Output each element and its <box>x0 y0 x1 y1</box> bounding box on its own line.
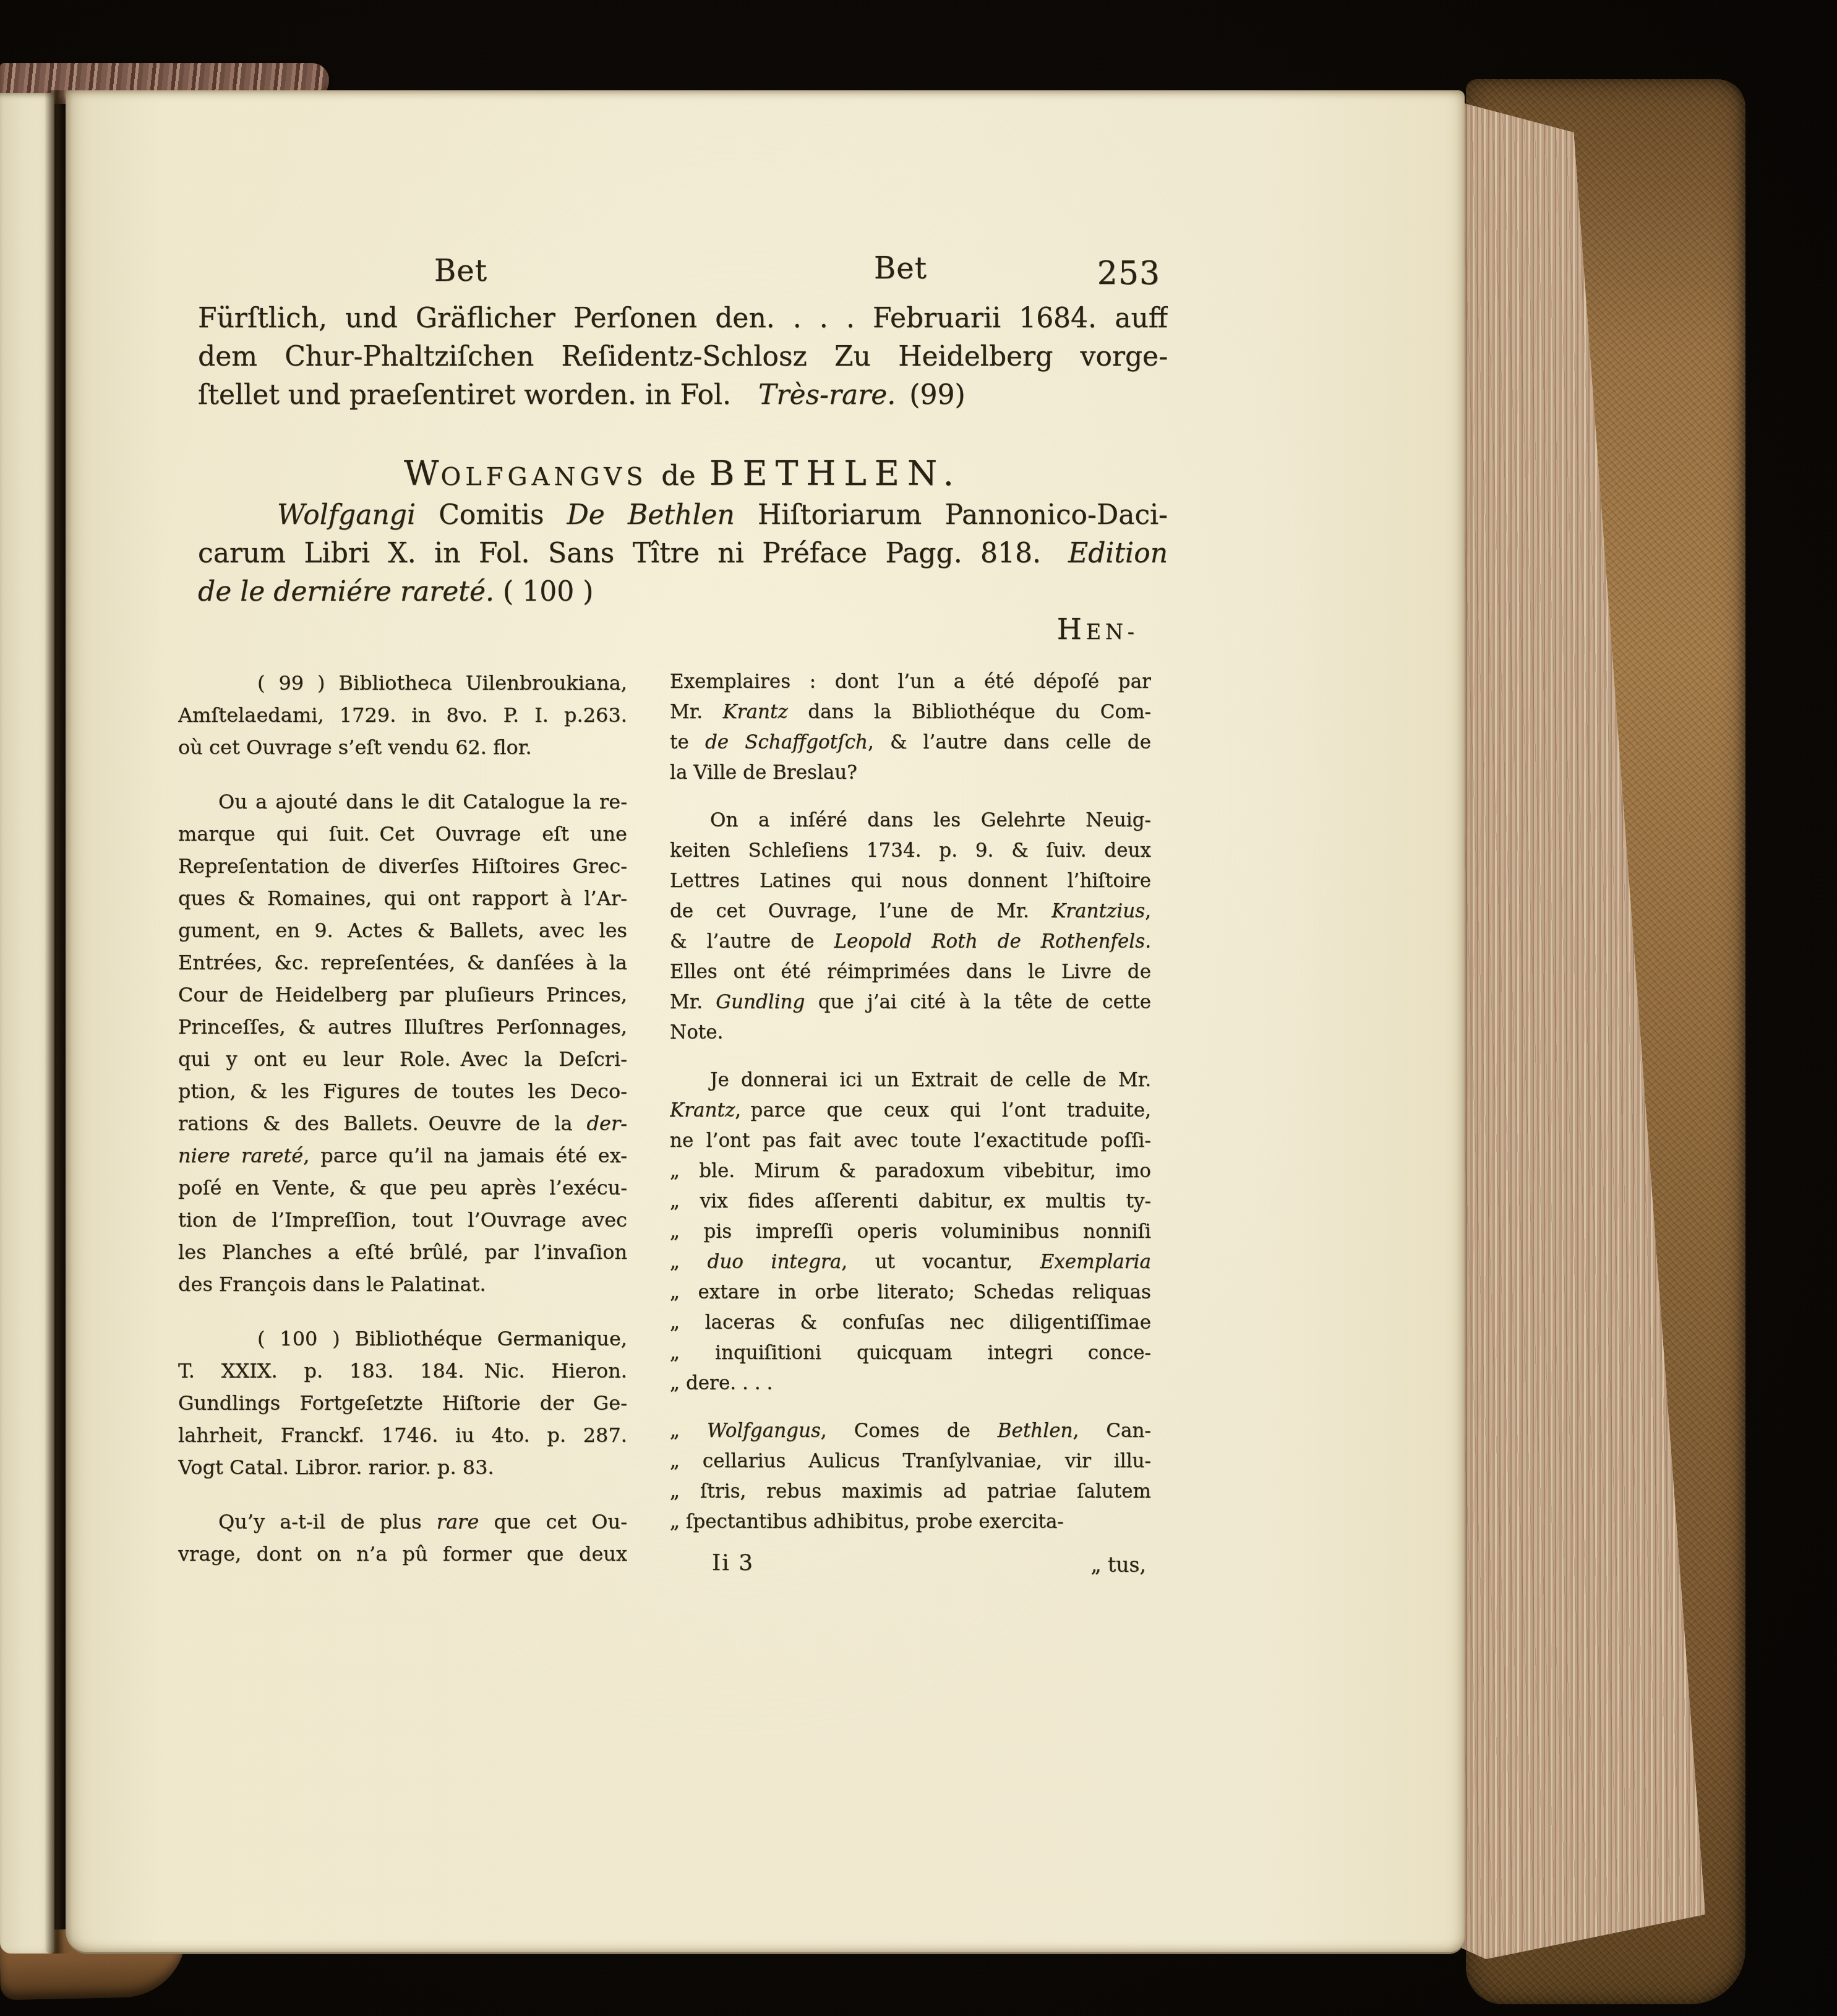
text-line: vrage, dont on n’a pû former que deux <box>178 1538 627 1570</box>
text-segment: der- <box>586 1112 627 1135</box>
text-segment: „ ble. Mirum & paradoxum vibebitur, imo <box>670 1160 1151 1182</box>
text-line: Vogt Catal. Libror. rarior. p. 83. <box>178 1451 627 1483</box>
text-segment: de Schaffgotſch <box>705 731 868 753</box>
text-line: marque qui ſuit. Cet Ouvrage eſt une <box>178 818 627 850</box>
text-segment: Bethlen <box>998 1420 1073 1442</box>
text-segment: „ inquiſitioni quicquam integri conce- <box>670 1342 1151 1364</box>
text-line: qui y ont eu leur Role. Avec la Deſcri- <box>178 1043 627 1075</box>
text-line: Krantz, parce que ceux qui l’ont traduit… <box>670 1096 1151 1126</box>
text-segment: „ ſtris, rebus maximis ad patriae ſalute… <box>670 1480 1151 1503</box>
text-line: niere rareté, parce qu’il na jamais été … <box>178 1139 627 1172</box>
text-segment: Hiſtoriarum Pannonico-Daci- <box>735 499 1168 531</box>
text-segment: ſtellet und praeſentiret worden. in Fol. <box>198 379 758 411</box>
book-page: Bet Bet 253 Fürſtlich, und Gräflicher Pe… <box>66 90 1465 1954</box>
text-line: Lettres Latines qui nous donnent l’hiſto… <box>670 866 1151 896</box>
text-segment: H <box>1057 612 1086 646</box>
text-line: „ extare in orbe literato; Schedas reliq… <box>670 1277 1151 1308</box>
text-line: ( 99 ) Bibliotheca Uilenbroukiana, <box>178 667 627 699</box>
footnote-paragraph: „ Wolfgangus, Comes de Bethlen, Can-„ ce… <box>670 1416 1151 1537</box>
text-segment: OLFGANGVS <box>440 463 647 491</box>
running-title-right: Bet <box>857 250 944 287</box>
text-line: „ dere. . . . <box>670 1368 1151 1399</box>
text-segment: poſé en Vente, & que peu après l’exécu- <box>178 1176 627 1199</box>
text-line: lahrheit, Franckf. 1746. iu 4to. p. 287. <box>178 1419 627 1451</box>
book-photo: Bet Bet 253 Fürſtlich, und Gräflicher Pe… <box>0 0 1837 2016</box>
text-line: Princeſſes, & autres Illuſtres Perſonnag… <box>178 1011 627 1043</box>
text-segment: „ ſpectantibus adhibitus, probe exercita… <box>670 1511 1064 1533</box>
text-line: de cet Ouvrage, l’une de Mr. Krantzius, <box>670 896 1151 927</box>
text-line: poſé en Vente, & que peu après l’exécu- <box>178 1172 627 1204</box>
text-segment: marque qui ſuit. Cet Ouvrage eſt une <box>178 822 627 846</box>
text-segment: Très-rare. <box>758 379 896 411</box>
text-line: Entrées, &c. repreſentées, & danſées à l… <box>178 946 627 979</box>
text-segment: De Bethlen <box>567 499 735 531</box>
text-segment: Qu’y a-t-il de plus <box>218 1510 437 1533</box>
text-segment: Krantz <box>723 701 788 723</box>
text-line: Fürſtlich, und Gräflicher Perſonen den. … <box>198 299 1168 338</box>
text-segment: la Ville de Breslau? <box>670 761 857 784</box>
text-line: keiten Schleſiens 1734. p. 9. & ſuiv. de… <box>670 836 1151 866</box>
text-segment: Edition <box>1068 538 1168 569</box>
text-line: de le derniére rareté. ( 100 ) <box>198 573 1168 611</box>
text-segment: Wolfgangus <box>707 1420 821 1442</box>
text-segment: duo integra <box>708 1251 842 1273</box>
text-segment: Cour de Heidelberg par pluſieurs Princes… <box>178 983 627 1006</box>
text-segment: , parce qu’il na jamais été ex- <box>303 1144 627 1167</box>
text-segment: Vogt Catal. Libror. rarior. p. 83. <box>178 1456 494 1479</box>
signature-mark: Ii 3 <box>712 1550 848 1576</box>
text-line: ne l’ont pas fait avec toute l’exactitud… <box>670 1126 1151 1156</box>
text-segment: „ extare in orbe literato; Schedas reliq… <box>670 1281 1151 1303</box>
text-segment: des François dans le Palatinat. <box>178 1272 486 1296</box>
text-line: ption, & les Figures de toutes les Deco- <box>178 1075 627 1107</box>
text-line: On a inſéré dans les Gelehrte Neuig- <box>670 805 1151 836</box>
text-line: Repreſentation de diverſes Hiſtoires Gre… <box>178 850 627 882</box>
text-line: & l’autre de Leopold Roth de Rothenfels. <box>670 927 1151 957</box>
text-segment: Comitis <box>416 499 567 531</box>
text-segment: ques & Romaines, qui ont rapport à l’Ar- <box>178 886 627 910</box>
footnote-column-right: Exemplaires : dont l’un a été dépoſé par… <box>670 667 1151 1555</box>
text-segment: Exemplaires : dont l’un a été dépoſé par <box>670 671 1151 693</box>
text-segment: rations & des Ballets. Oeuvre de la <box>178 1112 586 1135</box>
page-number: 253 <box>1079 255 1178 292</box>
text-line: carum Libri X. in Fol. Sans Tître ni Pré… <box>198 534 1168 573</box>
text-line: ( 100 ) Bibliothéque Germanique, <box>178 1323 627 1355</box>
text-segment: & l’autre de <box>670 930 834 953</box>
text-segment: Krantzius <box>1051 900 1145 922</box>
text-line: rations & des Ballets. Oeuvre de la der- <box>178 1107 627 1139</box>
text-line: dem Chur-Phaltziſchen Reſidentz-Schlosz … <box>198 338 1168 376</box>
text-segment: te <box>670 731 705 753</box>
footnote-paragraph: Exemplaires : dont l’un a été dépoſé par… <box>670 667 1151 788</box>
text-segment: ne l’ont pas fait avec toute l’exactitud… <box>670 1130 1151 1152</box>
text-segment: Princeſſes, & autres Illuſtres Perſonnag… <box>178 1015 627 1039</box>
text-segment: carum Libri X. in Fol. Sans Tître ni Pré… <box>198 538 1068 569</box>
text-segment: „ vix fides aſſerenti dabitur, ex multis… <box>670 1190 1151 1212</box>
text-segment: vrage, dont on n’a pû former que deux <box>178 1542 627 1566</box>
footnote-paragraph: On a inſéré dans les Gelehrte Neuig-keit… <box>670 805 1151 1048</box>
text-segment: „ laceras & confuſas nec diligentiſſimae <box>670 1311 1151 1334</box>
text-line: Gundlings Fortgeſetzte Hiſtorie der Ge- <box>178 1387 627 1419</box>
text-segment: Mr. <box>670 701 723 723</box>
footnote-column-left: ( 99 ) Bibliotheca Uilenbroukiana,Amſtel… <box>178 667 627 1592</box>
text-line: „ Wolfgangus, Comes de Bethlen, Can- <box>670 1416 1151 1446</box>
text-line: des François dans le Palatinat. <box>178 1268 627 1300</box>
footnote-paragraph: Ou a ajouté dans le dit Catalogue la re-… <box>178 786 627 1300</box>
text-segment: qui y ont eu leur Role. Avec la Deſcri- <box>178 1047 627 1071</box>
text-line: la Ville de Breslau? <box>670 758 1151 788</box>
text-segment: rare <box>437 1510 479 1533</box>
footnote-paragraph: Qu’y a-t-il de plus rare que cet Ou-vrag… <box>178 1506 627 1570</box>
text-segment: où cet Ouvrage s’eſt vendu 62. flor. <box>178 736 532 759</box>
text-line: „ inquiſitioni quicquam integri conce- <box>670 1338 1151 1368</box>
catchword-mid: HEN- <box>953 613 1139 652</box>
footnote-paragraph: ( 99 ) Bibliotheca Uilenbroukiana,Amſtel… <box>178 667 627 763</box>
entry-paragraph: Wolfgangi Comitis De Bethlen Hiſtoriarum… <box>198 496 1168 611</box>
text-line: „ pis impreſſi operis voluminibus nonniſ… <box>670 1217 1151 1247</box>
text-segment: T. XXIX. p. 183. 184. Nic. Hieron. <box>178 1359 627 1383</box>
text-line: les Planches a eſté brûlé, par l’invaſio… <box>178 1236 627 1268</box>
footnote-paragraph: Je donnerai ici un Extrait de celle de M… <box>670 1065 1151 1399</box>
text-segment: ( 100 ) Bibliothéque Germanique, <box>257 1327 627 1350</box>
text-segment: „ cellarius Aulicus Tranſylvaniae, vir i… <box>670 1450 1151 1472</box>
text-line: te de Schaffgotſch, & l’autre dans celle… <box>670 727 1151 758</box>
text-segment: Gundling <box>716 991 805 1013</box>
text-line: „ cellarius Aulicus Tranſylvaniae, vir i… <box>670 1446 1151 1477</box>
text-line: Cour de Heidelberg par pluſieurs Princes… <box>178 979 627 1011</box>
text-segment: de le derniére rareté. <box>198 576 494 607</box>
text-segment: (99) <box>896 379 965 411</box>
text-segment: lahrheit, Franckf. 1746. iu 4to. p. 287. <box>178 1423 627 1447</box>
text-line: Je donnerai ici un Extrait de celle de M… <box>670 1065 1151 1096</box>
text-segment: dem Chur-Phaltziſchen Reſidentz-Schlosz … <box>198 341 1168 372</box>
text-line: T. XXIX. p. 183. 184. Nic. Hieron. <box>178 1355 627 1387</box>
running-title-left: Bet <box>417 252 504 290</box>
text-segment: , Can- <box>1073 1420 1151 1442</box>
text-line: tion de l’Impreſſion, tout l’Ouvrage ave… <box>178 1204 627 1236</box>
text-segment: gument, en 9. Actes & Ballets, avec les <box>178 919 627 942</box>
text-segment: Mr. <box>670 991 716 1013</box>
text-line: „ ble. Mirum & paradoxum vibebitur, imo <box>670 1156 1151 1186</box>
text-line: Mr. Krantz dans la Bibliothéque du Com- <box>670 697 1151 727</box>
catchword-bottom: „ tus, <box>959 1553 1146 1577</box>
text-segment: que j’ai cité à la tête de cette <box>805 991 1151 1013</box>
text-segment: ( 99 ) Bibliotheca Uilenbroukiana, <box>257 671 627 695</box>
text-line: Exemplaires : dont l’un a été dépoſé par <box>670 667 1151 697</box>
text-segment: de <box>648 459 709 492</box>
text-segment: Lettres Latines qui nous donnent l’hiſto… <box>670 870 1151 892</box>
text-segment: ption, & les Figures de toutes les Deco- <box>178 1079 627 1103</box>
page-gutter <box>45 90 73 1954</box>
text-segment: niere rareté <box>178 1144 303 1167</box>
text-segment: tion de l’Impreſſion, tout l’Ouvrage ave… <box>178 1208 627 1232</box>
text-segment: , ut vocantur, <box>841 1251 1040 1273</box>
text-segment: W <box>404 453 441 493</box>
text-line: Note. <box>670 1018 1151 1048</box>
text-line: Qu’y a-t-il de plus rare que cet Ou- <box>178 1506 627 1538</box>
text-segment: On a inſéré dans les Gelehrte Neuig- <box>710 809 1151 831</box>
text-segment: de cet Ouvrage, l’une de Mr. <box>670 900 1051 922</box>
text-line: „ ſtris, rebus maximis ad patriae ſalute… <box>670 1477 1151 1507</box>
text-line: „ vix fides aſſerenti dabitur, ex multis… <box>670 1186 1151 1217</box>
text-line: „ laceras & confuſas nec diligentiſſimae <box>670 1308 1151 1338</box>
text-segment: Gundlings Fortgeſetzte Hiſtorie der Ge- <box>178 1391 627 1415</box>
text-segment: „ <box>670 1420 707 1442</box>
text-segment: Entrées, &c. repreſentées, & danſées à l… <box>178 951 627 974</box>
intro-paragraph: Fürſtlich, und Gräflicher Perſonen den. … <box>198 299 1168 414</box>
text-segment: Amſtelaedami, 1729. in 8vo. P. I. p.263. <box>178 703 627 727</box>
text-segment: „ dere. . . . <box>670 1372 773 1394</box>
text-line: „ ſpectantibus adhibitus, probe exercita… <box>670 1507 1151 1537</box>
text-line: „ duo integra, ut vocantur, Exemplaria <box>670 1247 1151 1277</box>
text-line: Mr. Gundling que j’ai cité à la tête de … <box>670 987 1151 1018</box>
text-segment: Ou a ajouté dans le dit Catalogue la re- <box>218 790 627 813</box>
footnote-paragraph: ( 100 ) Bibliothéque Germanique,T. XXIX.… <box>178 1323 627 1483</box>
text-segment: EN- <box>1086 620 1139 644</box>
text-segment: Exemplaria <box>1040 1251 1151 1273</box>
text-line: Wolfgangi Comitis De Bethlen Hiſtoriarum… <box>198 496 1168 534</box>
text-segment: , parce que ceux qui l’ont traduite, <box>735 1099 1151 1122</box>
text-segment: les Planches a eſté brûlé, par l’invaſio… <box>178 1240 627 1264</box>
text-segment: Wolfgangi <box>277 499 416 531</box>
text-line: Ou a ajouté dans le dit Catalogue la re- <box>178 786 627 818</box>
text-line: gument, en 9. Actes & Ballets, avec les <box>178 914 627 946</box>
text-line: ques & Romaines, qui ont rapport à l’Ar- <box>178 882 627 914</box>
text-line: Elles ont été réimprimées dans le Livre … <box>670 957 1151 987</box>
page-content: Bet Bet 253 Fürſtlich, und Gräflicher Pe… <box>66 90 1465 1952</box>
text-segment: keiten Schleſiens 1734. p. 9. & ſuiv. de… <box>670 839 1151 862</box>
text-line: ſtellet und praeſentiret worden. in Fol.… <box>198 376 1168 414</box>
text-line: où cet Ouvrage s’eſt vendu 62. flor. <box>178 731 627 763</box>
text-segment: , <box>1145 900 1151 922</box>
text-segment: ( 100 ) <box>494 576 593 607</box>
text-segment: Repreſentation de diverſes Hiſtoires Gre… <box>178 854 627 878</box>
text-segment: BETHLEN. <box>709 453 962 493</box>
text-segment: Je donnerai ici un Extrait de celle de M… <box>710 1069 1151 1091</box>
text-segment: , & l’autre dans celle de <box>868 731 1151 753</box>
text-line: Amſtelaedami, 1729. in 8vo. P. I. p.263. <box>178 699 627 731</box>
text-segment: „ <box>670 1251 708 1273</box>
text-segment: dans la Bibliothéque du Com- <box>788 701 1151 723</box>
text-segment: Elles ont été réimprimées dans le Livre … <box>670 961 1151 983</box>
text-segment: Krantz <box>670 1099 735 1122</box>
text-segment: „ pis impreſſi operis voluminibus nonniſ… <box>670 1220 1151 1243</box>
text-segment: Note. <box>670 1021 723 1044</box>
text-segment: Leopold Roth de Rothenfels. <box>834 930 1151 953</box>
text-segment: que cet Ou- <box>479 1510 627 1533</box>
text-segment: Fürſtlich, und Gräflicher Perſonen den. … <box>198 302 1168 334</box>
text-segment: , Comes de <box>821 1420 998 1442</box>
